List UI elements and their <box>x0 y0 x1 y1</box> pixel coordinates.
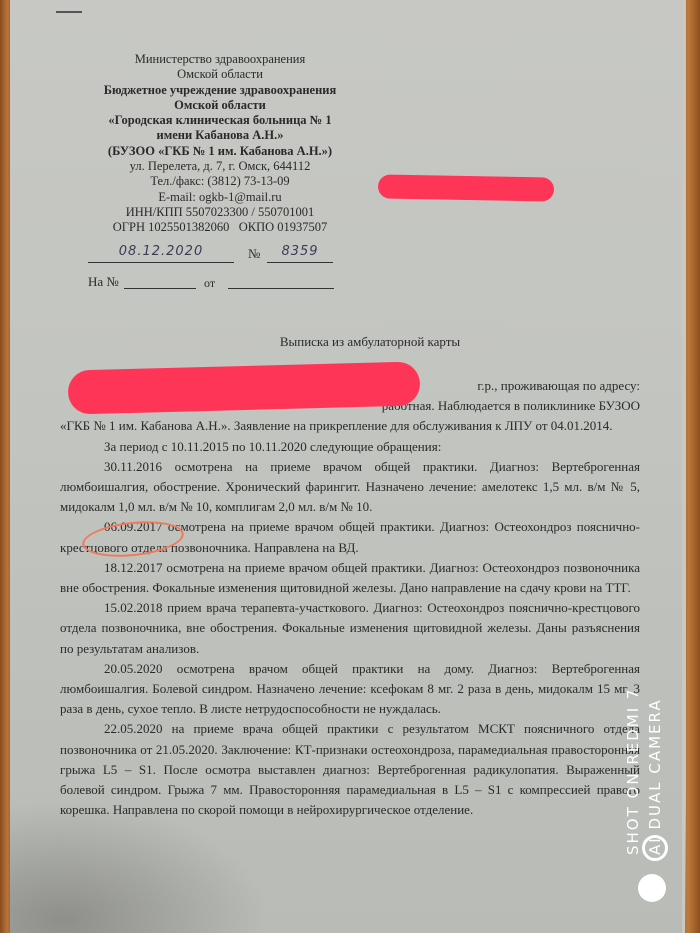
visit-entries: 30.11.2016 осмотрена на приеме врачом об… <box>60 457 640 821</box>
ot-date-blank <box>228 288 334 289</box>
na-number-blank <box>124 288 196 289</box>
intro-line-3: «ГКБ № 1 им. Кабанова А.Н.». Заявление н… <box>60 416 640 436</box>
ot-label: от <box>204 276 215 291</box>
ministry-line-2: Омской области <box>60 67 380 82</box>
letterhead: Министерство здравоохранения Омской обла… <box>60 52 380 236</box>
watermark-line-2: AI DUAL CAMERA <box>646 698 664 855</box>
visit-entry: 22.05.2020 на приеме врача общей практик… <box>60 719 640 820</box>
document-body: г.р., проживающая по адресу: работная. Н… <box>60 376 640 820</box>
camera-dot-icon <box>638 874 666 902</box>
org-line-3: «Городская клиническая больница № 1 <box>60 113 380 128</box>
org-line-4: имени Кабанова А.Н.» <box>60 128 380 143</box>
watermark-line-1: SHOT ON REDMI 7 <box>624 688 642 855</box>
na-number-label: На № <box>88 274 119 290</box>
visit-date: 22.05.2020 <box>104 721 163 736</box>
inn-kpp: ИНН/КПП 5507023300 / 550701001 <box>60 205 380 220</box>
document-title: Выписка из амбулаторной карты <box>60 334 680 350</box>
email: E-mail: ogkb-1@mail.ru <box>60 190 380 205</box>
period-statement: За период с 10.11.2015 по 10.11.2020 сле… <box>60 437 640 457</box>
org-line-2: Омской области <box>60 98 380 113</box>
redaction-patient-name <box>67 361 420 414</box>
handwritten-date: 08.12.2020 <box>88 244 234 263</box>
visit-date: 20.05.2020 <box>104 661 163 676</box>
visit-entry: 15.02.2018 прием врача терапевта-участко… <box>60 598 640 659</box>
camera-watermark: SHOT ON REDMI 7 AI DUAL CAMERA <box>624 650 696 860</box>
visit-date: 30.11.2016 <box>104 459 162 474</box>
handwritten-number: 8359 <box>267 244 333 263</box>
phone: Тел./факс: (3812) 73-13-09 <box>60 174 380 189</box>
org-line-1: Бюджетное учреждение здравоохранения <box>60 83 380 98</box>
camera-ring-icon <box>642 835 668 861</box>
visit-entry: 20.05.2020 осмотрена врачом общей практи… <box>60 659 640 720</box>
org-short-name: (БУЗОО «ГКБ № 1 им. Кабанова А.Н.») <box>60 144 380 159</box>
redaction-recipient <box>378 174 554 201</box>
visit-entry: 30.11.2016 осмотрена на приеме врачом об… <box>60 457 640 518</box>
number-label: № <box>248 246 260 262</box>
visit-date: 15.02.2018 <box>104 600 163 615</box>
ogrn-okpo: ОГРН 1025501382060 ОКПО 01937507 <box>60 220 380 235</box>
visit-date: 18.12.2017 <box>104 560 163 575</box>
ministry-line-1: Министерство здравоохранения <box>60 52 380 67</box>
visit-entry: 18.12.2017 осмотрена на приеме врачом об… <box>60 558 640 598</box>
top-dash-mark <box>56 11 82 13</box>
address: ул. Перелета, д. 7, г. Омск, 644112 <box>60 159 380 174</box>
